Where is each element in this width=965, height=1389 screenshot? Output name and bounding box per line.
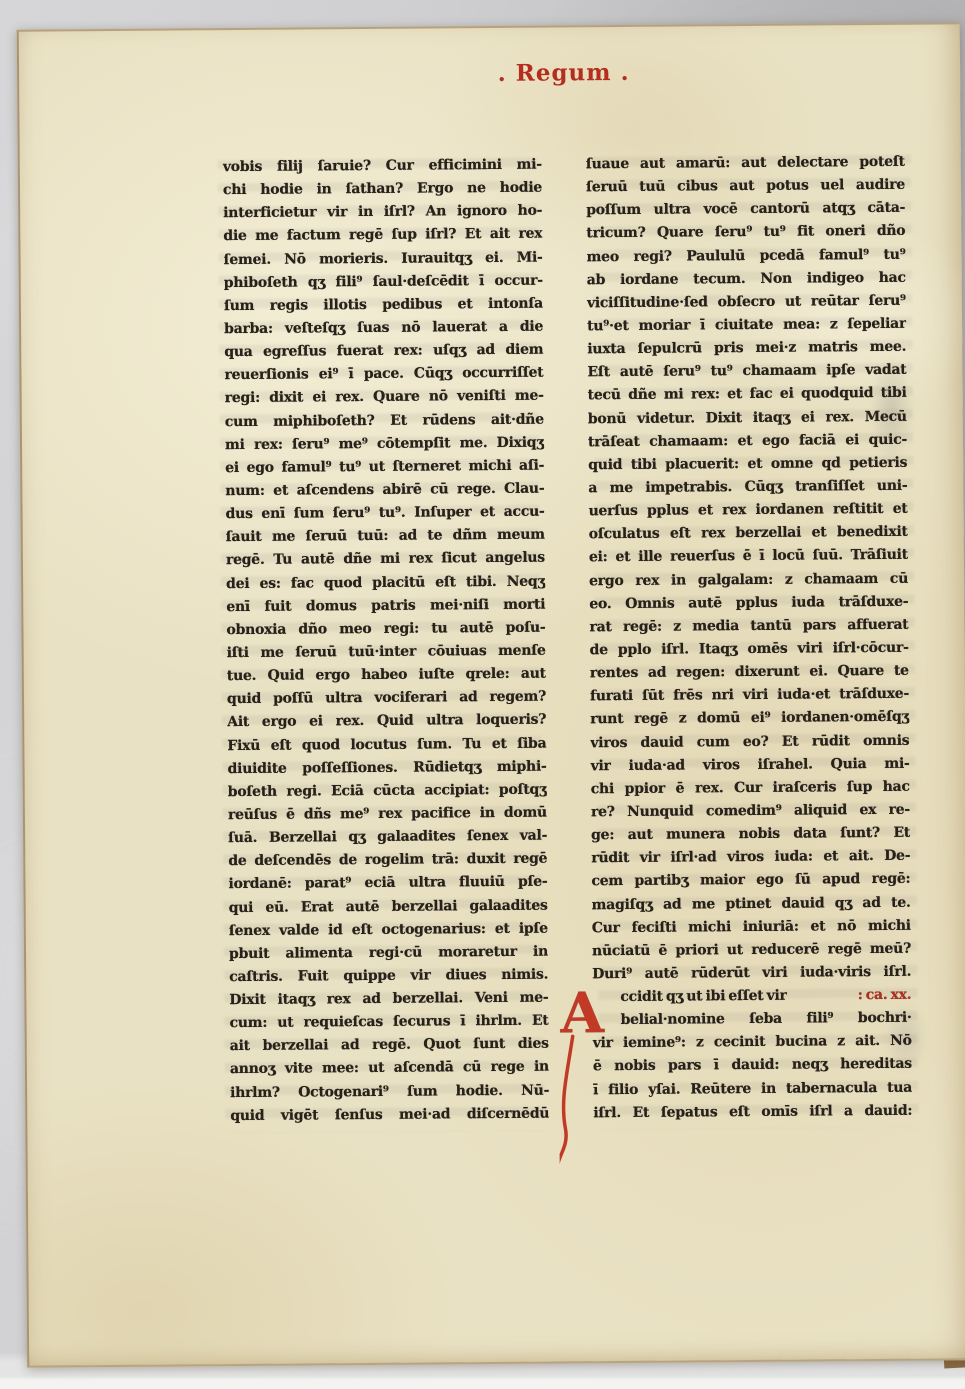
text-line: rentes ad regen: dixerunt ei. Quare te	[590, 660, 909, 686]
text-line: ī filio yſai. Reūtere in tabernacula tua	[593, 1076, 912, 1102]
text-line: reūſus ē dñs me⁹ rex pacifice in domū	[228, 802, 547, 828]
text-line: tue. Quid ergo habeo iuſte qrele: aut	[227, 663, 546, 689]
text-line: poſſum ultra vocē cantorū atqʒ cāta-	[586, 197, 905, 223]
text-line: nūciatū ē priori ut reducerē regē meū?	[592, 938, 911, 964]
text-line: vir iuda·ad viros iſrahel. Quia mi-	[590, 752, 909, 778]
text-line: regē. Tu autē dñe mi rex ſicut angelus	[226, 547, 545, 573]
text-line: quid tibi placuerit: et omne qd petieris	[588, 452, 907, 478]
text-line: runt regē z domū ei⁹ iordanen·omēſqʒ	[590, 706, 909, 732]
chapter-20-opening: A ccidit qʒ ut ibi eſſet vir : ca. xx. b…	[592, 984, 912, 1125]
text-line: rat regē: z media tantū pars affuerat	[589, 614, 908, 640]
text-line: ccidit qʒ ut ibi eſſet vir : ca. xx.	[620, 984, 911, 1009]
text-line: tecū dñe mi rex: et fac ei quodquid tibi	[588, 382, 907, 408]
text-line: iuxta ſepulcrū pris mei·z matris mee.	[587, 336, 906, 362]
text-line: regi: dixit ei rex. Quare nō veniſti me-	[225, 385, 544, 411]
text-line: ait berzellai ad regē. Quot ſunt dies	[230, 1033, 549, 1059]
text-line: tu⁹·et moriar ī ciuitate mea: z ſepeliar	[587, 313, 906, 339]
text-line: die me factum regē ſup iſrl? Et ait rex	[223, 223, 542, 249]
text-line: chi ppior ē rex. Cur iraſceris ſup hac	[591, 776, 910, 802]
text-line: de deſcendēs de rogelim trā: duxit regē	[228, 848, 547, 874]
text-line: cum miphiboſeth? Et rūdens ait·dñe	[225, 408, 544, 434]
text-line: pbuit alimenta regi·cū moraretur in	[229, 940, 548, 966]
text-line: Dixit itaqʒ rex ad berzellai. Veni me-	[229, 987, 548, 1013]
text-line: oſculatus eſt rex berzellai et benedixit	[589, 521, 908, 547]
text-line: Fixū eſt quod locutus ſum. Tu et ſiba	[227, 732, 546, 758]
text-line: Duri⁹ autē rūderūt viri iuda·viris iſrl.	[592, 961, 911, 987]
text-line: mi rex: ſeru⁹ me⁹ cōtempſit me. Dixiqʒ	[225, 431, 544, 457]
text-line: iſrl. Et ſepatus eſt omīs iſrl a dauid:	[593, 1099, 912, 1125]
text-line: furati ſūt frēs nri viri iuda·et trāſdux…	[590, 683, 909, 709]
text-line: rūdit vir iſrl·ad viros iuda: et ait. De…	[591, 845, 910, 871]
text-line: tricum? Quare ſeru⁹ tu⁹ fit oneri dño	[586, 220, 905, 246]
text-line: belial·nomine ſeba fili⁹ bochri·	[620, 1007, 911, 1032]
text-line: viros dauid cum eo? Et rūdit omnis	[590, 729, 909, 755]
text-line: uerſus pplus et rex iordanen reſtitit et	[588, 498, 907, 524]
text-line: ſeruū tuū cibus aut potus uel audire	[586, 174, 905, 200]
text-line: caſtris. Fuit quippe vir diues nimis.	[229, 964, 548, 990]
text-line: ge: aut munera nobis data ſunt? Et	[591, 822, 910, 848]
text-line: num: et aſcendens abirē cū rege. Clau-	[225, 478, 544, 504]
text-line: obnoxia dño meo regi: tu autē poſu-	[226, 616, 545, 642]
manuscript-leaf: . Regum . vobis filij ſaruie? Cur effici…	[17, 22, 965, 1367]
text-line: a me impetrabis. Cūqʒ tranſiſſet uni-	[588, 475, 907, 501]
text-line: cum: ut requieſcas ſecurus ī ihrlm. Et	[229, 1010, 548, 1036]
text-line: ihrlm? Octogenari⁹ ſum hodie. Nū-	[230, 1079, 549, 1105]
text-line: ergo rex in galgalam: z chamaam cū	[589, 567, 908, 593]
text-line: cem partibʒ maior ego ſū apud regē:	[591, 868, 910, 894]
text-line: ē nobis pars ī dauid: neqʒ hereditas	[593, 1053, 912, 1079]
text-line: vir iemine⁹: z cecinit bucina z ait. Nō	[593, 1030, 912, 1056]
text-line: barba: veſteſqʒ ſuas nō lauerat a die	[224, 316, 543, 342]
text-line: ab iordane tecum. Non indigeo hac	[587, 266, 906, 292]
text-column-right: ſuaue aut amarū: aut delectare poteſtſer…	[586, 151, 913, 1125]
chapter-opening-text: ccidit qʒ ut ibi eſſet vir	[620, 985, 786, 1009]
text-line: dei es: fac quod placitū eſt tibi. Neqʒ	[226, 570, 545, 596]
text-line: ſemei. Nō morieris. Iurauitqʒ ei. Mi-	[223, 246, 542, 272]
text-line: meo regi? Paululū pcedā famul⁹ tu⁹	[586, 243, 905, 269]
text-line: ſauit me ſeruū tuū: ad te dñm meum	[226, 524, 545, 550]
text-line: ei ego famul⁹ tu⁹ ut ſterneret michi aſi…	[225, 454, 544, 480]
text-line: iſti me ſeruū tuū·inter cōuiuas menſe	[227, 640, 546, 666]
text-line: eo. Omnis autē pplus iuda trāſduxe-	[589, 590, 908, 616]
text-line: magiſqʒ ad me ptinet dauid qʒ ad te.	[592, 891, 911, 917]
chapter-number-rubric: : ca. xx.	[858, 984, 912, 1008]
text-line: viciſſitudine·ſed obſecro ut reūtar ſeru…	[587, 290, 906, 316]
text-column-left: vobis filij ſaruie? Cur efficimini mi-ch…	[223, 154, 550, 1128]
text-line: dus enī ſum ſeru⁹ tu⁹. Inſuper et accu-	[225, 501, 544, 527]
column-lines: ſuaue aut amarū: aut delectare poteſtſer…	[586, 151, 912, 987]
text-line: qui eū. Erat autē berzellai galaadites	[229, 894, 548, 920]
text-line: qua egreſſus fuerat rex: uſqʒ ad diem	[224, 339, 543, 365]
text-line: enī fuit domus patris mei·niſi morti	[226, 593, 545, 619]
text-line: annoʒ vite mee: ut aſcendā cū rege in	[230, 1056, 549, 1082]
text-line: bonū videtur. Dixit itaqʒ ei rex. Mecū	[588, 405, 907, 431]
text-line: Eſt autē ſeru⁹ tu⁹ chamaam ipſe vadat	[587, 359, 906, 385]
text-line: trāſeat chamaam: et ego faciā ei quic-	[588, 428, 907, 454]
text-line: ſum regis illotis pedibus et intonſa	[224, 292, 543, 318]
column-lines: vobis filij ſaruie? Cur efficimini mi-ch…	[223, 154, 550, 1128]
text-line: quid vigēt ſenſus mei·ad diſcernēdū	[230, 1102, 549, 1128]
text-line: Ait ergo ei rex. Quid ultra loqueris?	[227, 709, 546, 735]
text-line: diuidite poſſeſſiones. Rūdietqʒ miphi-	[227, 755, 546, 781]
running-title: . Regum .	[93, 56, 965, 90]
initial-flourish	[558, 1036, 573, 1164]
text-line: interficietur vir in iſrl? An ignoro ho-	[223, 200, 542, 226]
text-line: ſuā. Berzellai qʒ galaadites ſenex val-	[228, 825, 547, 851]
text-line: ei: et ille reuerſus ē ī locū ſuū. Trāſi…	[589, 544, 908, 570]
chapter-lines: vir iemine⁹: z cecinit bucina z ait. Nōē…	[593, 1030, 913, 1125]
text-line: phiboſeth qʒ fili⁹ ſaul·deſcēdit ī occur…	[224, 269, 543, 295]
text-line: ſenex valde id eſt octogenarius: et ipſe	[229, 917, 548, 943]
text-line: quid poſſū ultra vociferari ad regem?	[227, 686, 546, 712]
text-line: boſeth regi. Eciā cūcta accipiat: poſtqʒ	[228, 778, 547, 804]
text-line: de pplo iſrl. Itaqʒ omēs viri iſrl·cōcur…	[590, 637, 909, 663]
text-line: Cur feciſti michi iniuriā: et nō michi	[592, 914, 911, 940]
text-line: reuerſionis ei⁹ ī pace. Cūqʒ occurriſſet	[224, 362, 543, 388]
text-line: chi hodie in ſathan? Ergo ne hodie	[223, 177, 542, 203]
text-line: vobis filij ſaruie? Cur efficimini mi-	[223, 154, 542, 180]
text-line: re? Nunquid comedim⁹ aliquid ex re-	[591, 799, 910, 825]
text-line: iordanē: parat⁹ eciā ultra fluuiū pſe-	[228, 871, 547, 897]
text-line: ſuaue aut amarū: aut delectare poteſt	[586, 151, 905, 177]
